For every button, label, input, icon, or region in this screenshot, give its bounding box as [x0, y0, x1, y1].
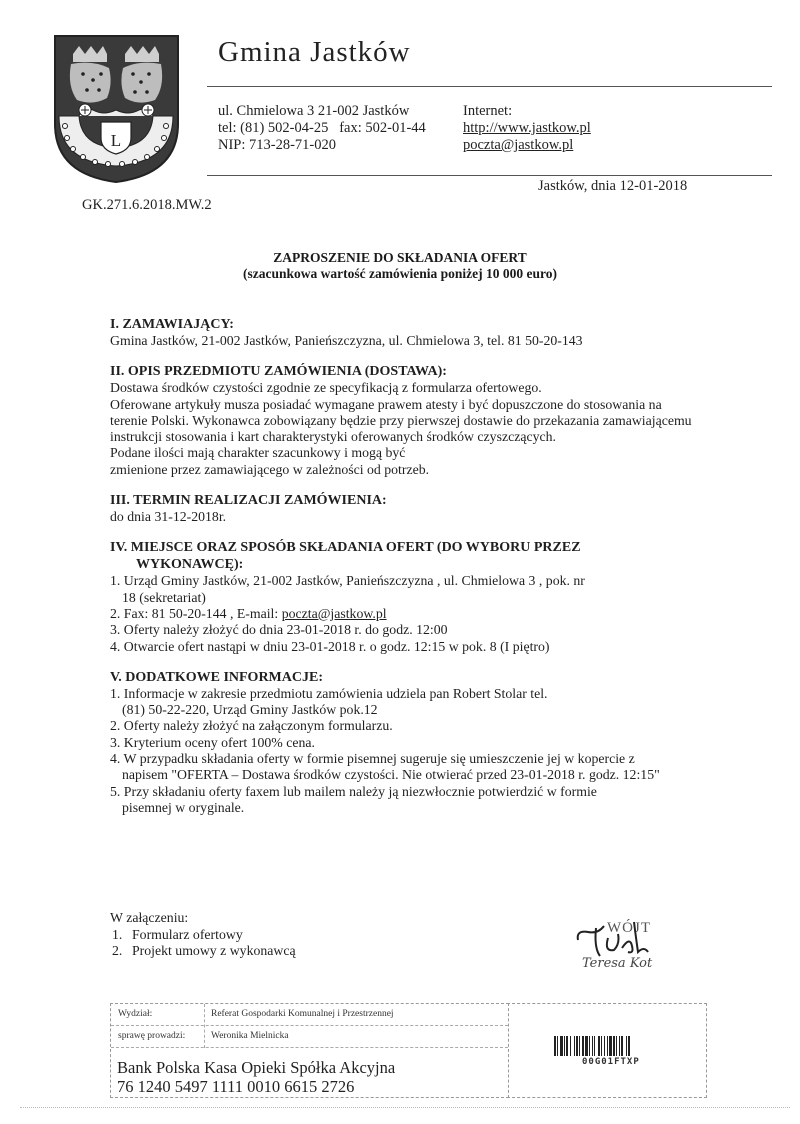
address-nip: NIP: 713-28-71-020 — [218, 137, 426, 154]
info-list: 1. Informacje w zakresie przedmiotu zamó… — [110, 686, 710, 816]
table-divider — [204, 1004, 205, 1048]
section-heading: V. DODATKOWE INFORMACJE: — [110, 669, 710, 686]
section-heading: I. ZAMAWIAJĄCY: — [110, 316, 710, 333]
section-heading: IV. MIEJSCE ORAZ SPOSÓB SKŁADANIA OFERT … — [110, 539, 710, 573]
section-additional-info: V. DODATKOWE INFORMACJE: 1. Informacje w… — [110, 669, 710, 816]
account-number: 76 1240 5497 1111 0010 6615 2726 — [117, 1077, 395, 1096]
list-item: 3. Oferty należy złożyć do dnia 23-01-20… — [110, 622, 710, 638]
table-divider — [111, 1047, 508, 1048]
attachment-item: 1.Formularz ofertowy — [110, 927, 296, 944]
reference-number: GK.271.6.2018.MW.2 — [82, 197, 212, 214]
internet-block: Internet: http://www.jastkow.pl poczta@j… — [463, 103, 591, 154]
svg-text:L: L — [111, 131, 121, 150]
section-text: Podane ilości mają charakter szacunkowy … — [110, 445, 710, 461]
table-divider — [111, 1025, 508, 1026]
address-street: ul. Chmielowa 3 21-002 Jastków — [218, 103, 426, 120]
document-body: I. ZAMAWIAJĄCY: Gmina Jastków, 21-002 Ja… — [110, 316, 710, 830]
address-phone-fax: tel: (81) 502-04-25 fax: 502-01-44 — [218, 120, 426, 137]
list-item: 2. Fax: 81 50-20-144 , E-mail: poczta@ja… — [110, 606, 710, 622]
document-title: ZAPROSZENIE DO SKŁADANIA OFERT (szacunko… — [0, 250, 800, 282]
list-item: 2. Oferty należy złożyć na załączonym fo… — [110, 718, 710, 734]
website-link[interactable]: http://www.jastkow.pl — [463, 120, 591, 137]
section-text: Gmina Jastków, 21-002 Jastków, Panieńszc… — [110, 333, 710, 349]
footer-info-table: Wydział: Referat Gospodarki Komunalnej i… — [110, 1003, 509, 1098]
attachments: W załączeniu: 1.Formularz ofertowy 2.Pro… — [110, 910, 296, 960]
list-item: 4. W przypadku składania oferty w formie… — [110, 751, 682, 784]
handler-value: Weronika Mielnicka — [211, 1031, 289, 1041]
department-value: Referat Gospodarki Komunalnej i Przestrz… — [211, 1009, 394, 1019]
section-submission: IV. MIEJSCE ORAZ SPOSÓB SKŁADANIA OFERT … — [110, 539, 710, 654]
place-date: Jastków, dnia 12-01-2018 — [538, 178, 687, 195]
list-item-text: 2. Fax: 81 50-20-144 , E-mail: — [110, 606, 282, 621]
section-heading: III. TERMIN REALIZACJI ZAMÓWIENIA: — [110, 492, 710, 509]
email-link[interactable]: poczta@jastkow.pl — [282, 606, 387, 621]
title-main: ZAPROSZENIE DO SKŁADANIA OFERT — [0, 250, 800, 266]
list-item: 1. Urząd Gminy Jastków, 21-002 Jastków, … — [110, 573, 592, 606]
section-text: zmienione przez zamawiającego w zależnoś… — [110, 462, 710, 478]
signature-name: Teresa Kot — [582, 956, 652, 971]
header-divider-top — [207, 86, 772, 87]
coat-of-arms-icon: L — [53, 34, 180, 184]
organization-name: Gmina Jastków — [218, 36, 411, 69]
section-heading: II. OPIS PRZEDMIOTU ZAMÓWIENIA (DOSTAWA)… — [110, 363, 710, 380]
submission-list: 1. Urząd Gminy Jastków, 21-002 Jastków, … — [110, 573, 710, 654]
section-text: Oferowane artykuły musza posiadać wymaga… — [110, 397, 700, 446]
attachment-name: Formularz ofertowy — [132, 927, 243, 942]
title-subtitle: (szacunkowa wartość zamówienia poniżej 1… — [0, 266, 800, 282]
attachments-label: W załączeniu: — [110, 910, 296, 927]
bank-info: Bank Polska Kasa Opieki Spółka Akcyjna 7… — [117, 1058, 395, 1096]
internet-label: Internet: — [463, 103, 591, 120]
list-item: 1. Informacje w zakresie przedmiotu zamó… — [110, 686, 572, 719]
address-block: ul. Chmielowa 3 21-002 Jastków tel: (81)… — [218, 103, 426, 154]
section-text: do dnia 31-12-2018r. — [110, 509, 710, 525]
email-link[interactable]: poczta@jastkow.pl — [463, 137, 591, 154]
section-text: Dostawa środków czystości zgodnie ze spe… — [110, 380, 710, 396]
department-label: Wydział: — [118, 1009, 152, 1019]
attachment-item: 2.Projekt umowy z wykonawcą — [110, 943, 296, 960]
attachment-name: Projekt umowy z wykonawcą — [132, 943, 296, 958]
list-item: 4. Otwarcie ofert nastąpi w dniu 23-01-2… — [110, 639, 710, 655]
section-contracting-authority: I. ZAMAWIAJĄCY: Gmina Jastków, 21-002 Ja… — [110, 316, 710, 349]
page-bottom-rule — [20, 1107, 790, 1108]
list-item: 5. Przy składaniu oferty faxem lub maile… — [110, 784, 642, 817]
heading-line2: WYKONAWCĘ): — [110, 556, 710, 573]
handler-label: sprawę prowadzi: — [118, 1031, 185, 1041]
section-deadline: III. TERMIN REALIZACJI ZAMÓWIENIA: do dn… — [110, 492, 710, 525]
heading-line1: IV. MIEJSCE ORAZ SPOSÓB SKŁADANIA OFERT … — [110, 540, 581, 555]
list-item: 3. Kryterium oceny ofert 100% cena. — [110, 735, 710, 751]
header-divider-bottom — [207, 175, 772, 176]
section-order-description: II. OPIS PRZEDMIOTU ZAMÓWIENIA (DOSTAWA)… — [110, 363, 710, 478]
barcode-icon — [554, 1036, 661, 1056]
barcode-text: 00G01FTXP — [582, 1057, 640, 1067]
bank-name: Bank Polska Kasa Opieki Spółka Akcyjna — [117, 1058, 395, 1077]
